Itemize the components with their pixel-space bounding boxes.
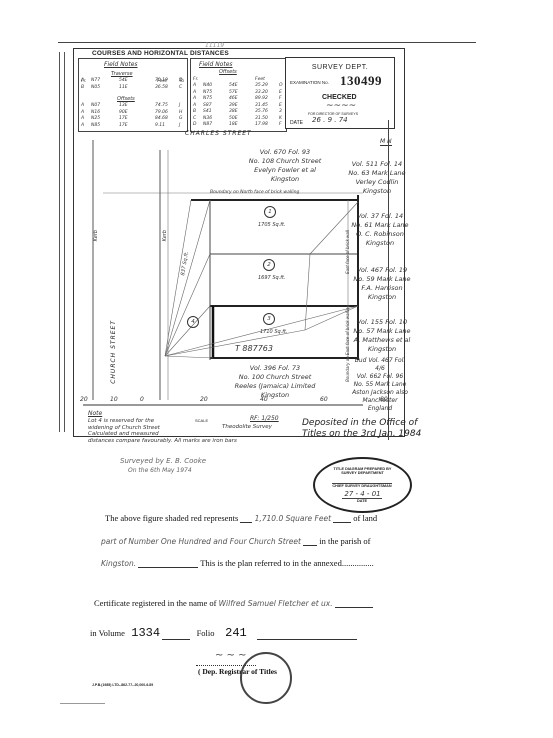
owner-line: Vol. 37 Fol. 14 — [350, 212, 410, 221]
checker-signature: ~~~~ — [326, 101, 356, 111]
scale-tick: 80 — [380, 396, 388, 403]
church-street-label: CHURCH STREET — [110, 320, 117, 384]
lot-3-area: 1710 Sq.ft. — [260, 329, 288, 335]
blank — [303, 545, 317, 546]
exam-number: 130499 — [340, 73, 382, 89]
offsets-label-left: Offsets — [117, 96, 135, 102]
table-cell: 70.19 — [155, 78, 168, 83]
bottom-rule — [60, 703, 105, 704]
cert-prefix: Certificate registered in the name of — [94, 598, 217, 608]
owner-line: No. 61 Mark Lane — [350, 221, 410, 230]
note-title: Note — [88, 410, 102, 417]
table-cell: 18E — [229, 122, 238, 127]
owner-line: Vol. 670 Fol. 93 — [225, 148, 345, 157]
table-cell: N05 — [91, 85, 100, 90]
doc-ref: 11119 — [205, 42, 224, 49]
owner-line: No. 108 Church Street — [225, 157, 345, 166]
table-cell: 89.92 — [255, 96, 268, 101]
blank — [162, 639, 190, 640]
table-cell: 39E — [229, 103, 238, 108]
folio-value: 241 — [225, 626, 247, 640]
table-cell: E — [279, 103, 282, 108]
area-value: 1,710.0 Square Feet — [255, 514, 331, 523]
table-cell: N40 — [203, 83, 212, 88]
table-cell: N75 — [203, 96, 212, 101]
scale-tick: 0 — [140, 396, 144, 403]
owner-line: Kingston — [347, 187, 407, 196]
table-cell: N87 — [203, 122, 212, 127]
table-cell: A — [81, 116, 84, 121]
table-cell: 74.75 — [155, 103, 168, 108]
form-line-1: The above figure shaded red represents 1… — [105, 513, 435, 523]
owner-line: F.A. Harrison — [352, 284, 412, 293]
surveyed-on: On the 6th May 1974 — [128, 467, 192, 474]
owner-line: A. Matthews et al — [352, 336, 412, 345]
scale-tick: 20 — [200, 396, 208, 403]
blank — [335, 607, 373, 608]
table-cell: F — [279, 96, 282, 101]
volume-line: in Volume 1334 Folio 241 — [90, 626, 440, 640]
owner-line: Kingston — [352, 293, 412, 302]
cert-name: Wilfred Samuel Fletcher et ux. — [219, 599, 333, 608]
table-cell: J — [179, 103, 180, 108]
table-cell: A — [193, 83, 196, 88]
owner-line: Vol. 467 Fol. 19 — [352, 266, 412, 275]
table-cell: B — [81, 85, 84, 90]
courses-title: COURSES AND HORIZONTAL DISTANCES — [92, 50, 229, 57]
neighbor-e1: Vol. 467 Fol. 19No. 59 Mark LaneF.A. Har… — [352, 266, 412, 302]
table-cell: 90E — [119, 110, 128, 115]
table-cell: 35.29 — [255, 83, 268, 88]
table-cell: A — [81, 110, 84, 115]
lot-1-marker: 1 — [264, 206, 276, 218]
top-rule — [58, 42, 476, 43]
neighbor-south: Vol. 396 Fol. 73No. 100 Church StreetRee… — [215, 364, 335, 400]
owner-line: O. C. Robinson — [350, 230, 410, 239]
blank — [257, 639, 357, 640]
lot-2-area: 1697 Sq.ft. — [258, 275, 286, 281]
north-boundary-note: Boundary on North face of brick walling — [210, 190, 299, 195]
exam-label: EXAMINATION No. — [290, 80, 329, 85]
neighbor-north: Vol. 670 Fol. 93No. 108 Church StreetEve… — [225, 148, 345, 184]
parish-value: Kingston. — [101, 559, 136, 568]
table-cell: B — [193, 109, 196, 114]
lot-4-marker: 4 — [187, 316, 199, 328]
field-notes-right: Field Notes Offsets Fr. Feet AN4054E35.2… — [190, 58, 287, 132]
table-cell: H — [179, 110, 182, 115]
folio-label: Folio — [197, 628, 215, 638]
owner-line: Kingston — [352, 345, 412, 354]
table-cell: 11E — [119, 85, 128, 90]
note-text: Lot 4 is reserved for thewidening of Chu… — [88, 418, 237, 444]
stamp-line3: CHIEF SURVEY DRAUGHTSMAN — [332, 483, 392, 488]
table-cell: C — [193, 116, 196, 121]
line1-suffix: of land — [353, 513, 377, 523]
table-cell: N07 — [91, 103, 100, 108]
owner-line: No. 59 Mark Lane — [352, 275, 412, 284]
deposited-note: Deposited in the Office ofTitles on the … — [302, 418, 421, 440]
scale-tick: 40 — [260, 396, 268, 403]
table-cell: 54E — [119, 78, 128, 83]
owner-line: Vol. 396 Fol. 73 — [215, 364, 335, 373]
blank — [138, 567, 198, 568]
table-cell: 31.45 — [255, 103, 268, 108]
table-cell: 17.98 — [255, 122, 268, 127]
table-cell: A — [193, 103, 196, 108]
charles-street-label: CHARLES STREET — [185, 130, 252, 137]
table-cell: N77 — [91, 78, 100, 83]
stamp-date: 27 - 4 - 01 — [315, 490, 410, 498]
printer-note: J.P.B.(1985) LTD--862-77--20,000-6.89 — [92, 683, 153, 687]
table-cell: N85 — [91, 123, 100, 128]
neighbor-ne1: Vol. 511 Fol. 14No. 63 Mark LaneVerley C… — [347, 160, 407, 196]
table-cell: C — [179, 85, 182, 90]
survey-dept-stamp: SURVEY DEPT. EXAMINATION No. 130499 CHEC… — [285, 57, 395, 129]
neighbor-e2: Vol. 155 Fol. 10No. 57 Mark LaneA. Matth… — [352, 318, 412, 354]
owner-line: No. 100 Church Street — [215, 373, 335, 382]
table-cell: N25 — [91, 116, 100, 121]
title-diagram-stamp: TITLE DIAGRAM PREPARED BY SURVEY DEPARTM… — [313, 457, 412, 513]
stamp-title: SURVEY DEPT. — [286, 64, 394, 71]
stamp-date: 26 . 9 . 74 — [312, 116, 348, 124]
blank — [240, 522, 252, 523]
stamp-date-label: DATE — [342, 498, 382, 503]
table-cell: D — [179, 78, 182, 83]
owner-line: distances compare favourably. All marks … — [88, 438, 237, 445]
checked-label: CHECKED — [322, 94, 357, 101]
owner-line: Evelyn Fowler et al — [225, 166, 345, 175]
stamp-line2: SURVEY DEPARTMENT — [315, 471, 410, 475]
col-fr-right: Fr. — [193, 77, 198, 82]
owner-line: Kingston — [350, 239, 410, 248]
table-cell: E — [279, 90, 282, 95]
owner-line: Verley Codlin — [347, 178, 407, 187]
table-cell: 13E — [119, 103, 128, 108]
table-cell: N36 — [203, 116, 212, 121]
owner-line: Bud Vol. 467 Fol. 4/6 — [350, 357, 410, 373]
lot-1-area: 1705 Sq.ft. — [258, 222, 286, 228]
table-cell: S41 — [203, 109, 212, 114]
volume-label: in Volume — [90, 628, 125, 638]
table-cell: A — [81, 78, 84, 83]
table-cell: A — [81, 103, 84, 108]
table-cell: 54E — [229, 83, 238, 88]
table-cell: G — [179, 116, 183, 121]
offsets-label-right: Offsets — [219, 69, 237, 75]
transfer-ref: T 887763 — [235, 344, 273, 353]
owner-line: Vol. 662 Fol. 96 — [350, 373, 410, 381]
scale-tick: 60 — [320, 396, 328, 403]
table-cell: 31.50 — [255, 116, 268, 121]
table-cell: S87 — [203, 103, 212, 108]
kerb-right: Kerb — [162, 230, 168, 241]
line2-suffix: in the parish of — [319, 536, 370, 546]
field-notes-left: Field Notes Traverse Fr. Feet To AN7754E… — [78, 58, 188, 132]
table-cell: A — [193, 96, 196, 101]
left-margin-strip — [59, 52, 65, 432]
lot-2-marker: 2 — [263, 259, 275, 271]
owner-line: No. 55 Mark Lane — [350, 381, 410, 389]
form-line-3: Kingston. This is the plan referred to i… — [101, 558, 441, 568]
table-cell: 33.20 — [255, 90, 268, 95]
owner-line: No. 63 Mark Lane — [347, 169, 407, 178]
scale-tick: 10 — [110, 396, 118, 403]
table-cell: 79.06 — [155, 110, 168, 115]
table-cell: A — [193, 90, 196, 95]
line1-prefix: The above figure shaded red represents — [105, 513, 238, 523]
registrar-seal — [240, 652, 292, 704]
table-cell: O — [279, 83, 283, 88]
line3-suffix: This is the plan referred to in the anne… — [200, 558, 374, 568]
owner-line: Titles on the 3rd Jan. 1984 — [302, 429, 421, 440]
table-cell: 9.11 — [155, 123, 165, 128]
lot-3-marker: 3 — [263, 313, 275, 325]
owner-line: Reeles (Jamaica) Limited — [215, 382, 335, 391]
table-cell: A — [81, 123, 84, 128]
owner-line: Vol. 511 Fol. 14 — [347, 160, 407, 169]
table-cell: 3 — [279, 109, 282, 114]
table-cell: 50E — [229, 116, 238, 121]
table-cell: N75 — [203, 90, 212, 95]
surveyed-by: Surveyed by E. B. Cooke — [120, 457, 206, 465]
owner-line: Deposited in the Office of — [302, 418, 421, 429]
col-feet-right: Feet — [255, 77, 265, 82]
date-label: DATE — [290, 120, 303, 126]
kerb-left: Kerb — [93, 230, 99, 241]
table-cell: J — [179, 123, 180, 128]
scale-tick: 20 — [80, 396, 88, 403]
table-cell: 17E — [119, 123, 128, 128]
scale-ratio: RF: 1/250 — [250, 415, 279, 422]
table-cell: K — [279, 116, 282, 121]
table-cell: F — [279, 122, 282, 127]
traverse-label: Traverse — [111, 71, 133, 77]
form-line-2: part of Number One Hundred and Four Chur… — [101, 536, 441, 546]
table-cell: 84.68 — [155, 116, 168, 121]
table-cell: 46E — [229, 96, 238, 101]
owner-line: No. 57 Mark Lane — [352, 327, 412, 336]
scale-ticks: 2010020406080 — [80, 396, 390, 406]
table-cell: 38E — [229, 109, 238, 114]
cert-line: Certificate registered in the name of Wi… — [94, 598, 444, 608]
table-cell: 35.76 — [255, 109, 268, 114]
table-cell: 36.58 — [155, 85, 168, 90]
blank — [333, 522, 351, 523]
table-cell: 17E — [119, 116, 128, 121]
owner-line: England — [350, 405, 410, 413]
table-cell: N16 — [91, 110, 100, 115]
volume-value: 1334 — [131, 626, 160, 640]
owner-line: Kingston — [225, 175, 345, 184]
owner-line: Vol. 155 Fol. 10 — [352, 318, 412, 327]
neighbor-ne2: Vol. 37 Fol. 14No. 61 Mark LaneO. C. Rob… — [350, 212, 410, 248]
table-cell: D — [193, 122, 196, 127]
part-value: part of Number One Hundred and Four Chur… — [101, 537, 301, 546]
field-notes-left-title: Field Notes — [104, 61, 138, 68]
registrar-signature: ~ ~ ~ — [215, 650, 247, 661]
table-cell: 57E — [229, 90, 238, 95]
field-notes-right-title: Field Notes — [199, 61, 233, 68]
